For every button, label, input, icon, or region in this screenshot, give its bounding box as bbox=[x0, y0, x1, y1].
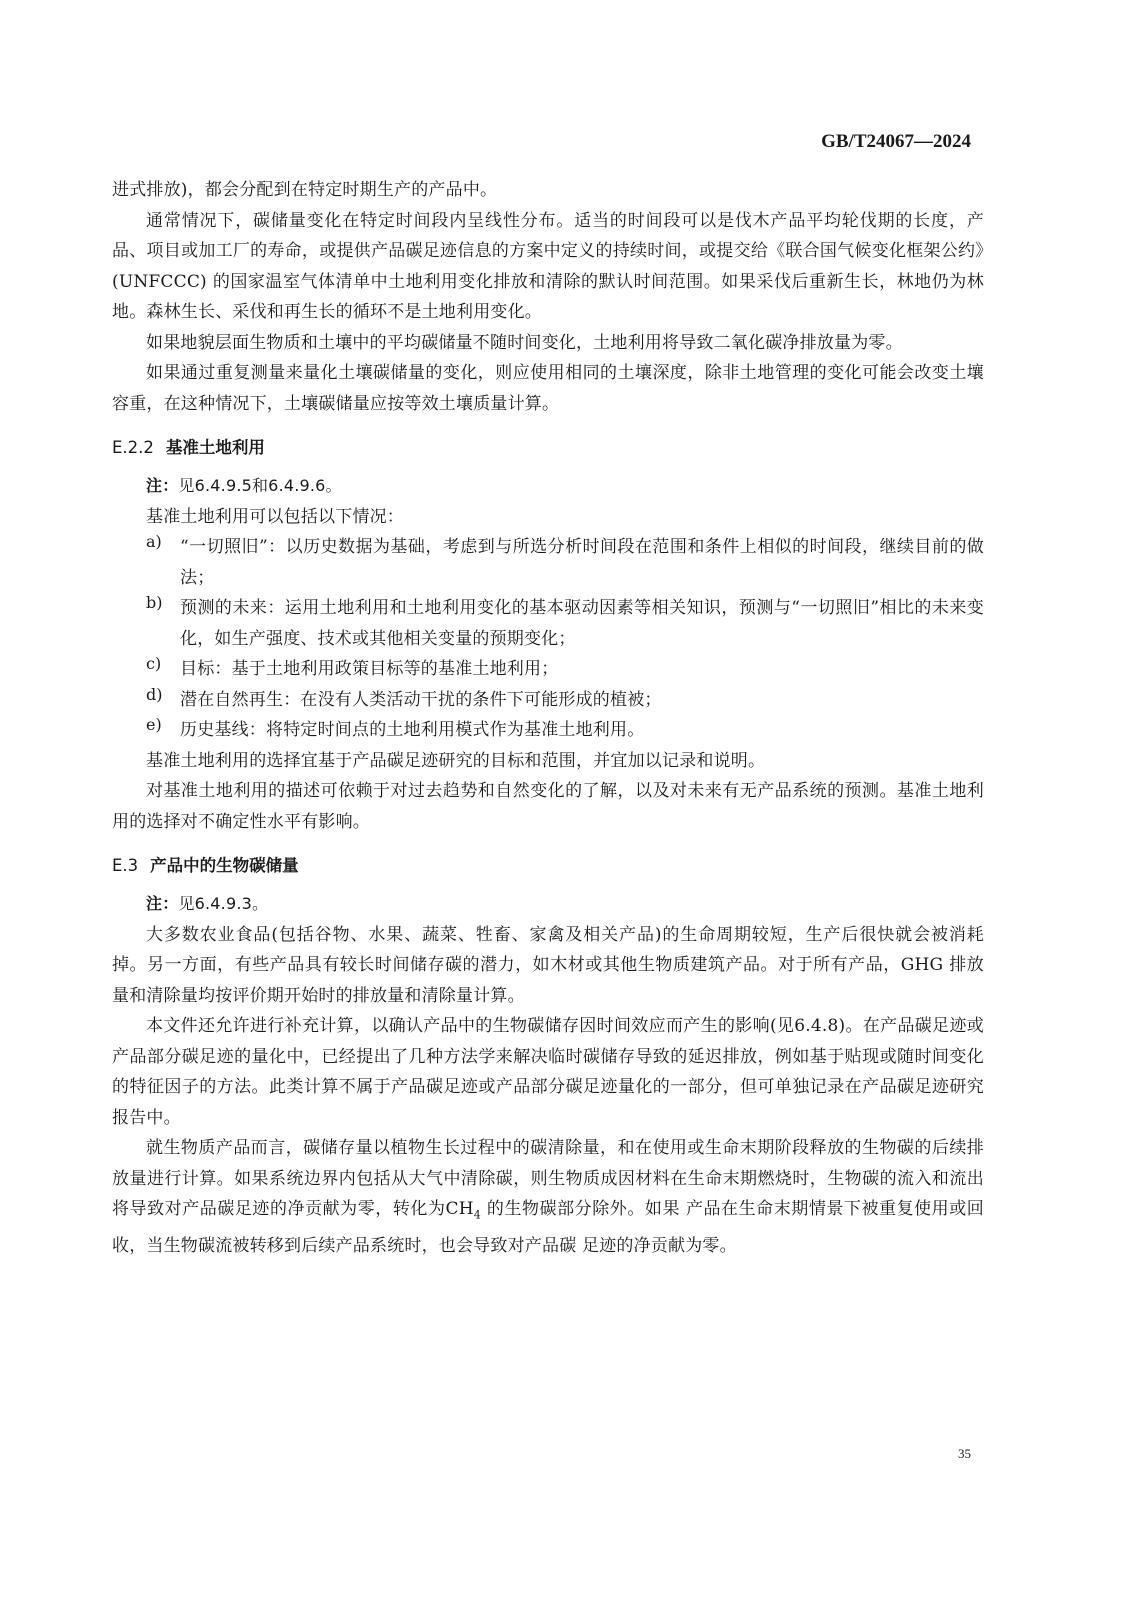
paragraph: 本文件还允许进行补充计算，以确认产品中的生物碳储存因时间效应而产生的影响(见6.… bbox=[112, 1011, 984, 1133]
list-marker: a) bbox=[146, 532, 180, 593]
list-text: “一切照旧”：以历史数据为基础，考虑到与所选分析时间段在范围和条件上相似的时间段… bbox=[180, 532, 984, 593]
paragraph: 大多数农业食品(包括谷物、水果、蔬菜、牲畜、家禽及相关产品)的生命周期较短，生产… bbox=[112, 920, 984, 1012]
list-item: b) 预测的未来：运用土地利用和土地利用变化的基本驱动因素等相关知识，预测与“一… bbox=[112, 593, 984, 654]
paragraph: 如果通过重复测量来量化土壤碳储量的变化，则应使用相同的土壤深度，除非土地管理的变… bbox=[112, 358, 984, 419]
list-marker: b) bbox=[146, 593, 180, 654]
note-label: 注： bbox=[146, 476, 178, 495]
list-text: 目标：基于土地利用政策目标等的基准土地利用； bbox=[180, 654, 984, 685]
section-heading-e22: E.2.2基准土地利用 bbox=[112, 433, 984, 463]
list-marker: c) bbox=[146, 654, 180, 685]
note-text: 见6.4.9.3。 bbox=[178, 894, 268, 913]
section-number: E.3 bbox=[112, 856, 138, 875]
paragraph: 通常情况下，碳储量变化在特定时间段内呈线性分布。适当的时间段可以是伐木产品平均轮… bbox=[112, 206, 984, 328]
list-item: c) 目标：基于土地利用政策目标等的基准土地利用； bbox=[112, 654, 984, 685]
paragraph: 如果地貌层面生物质和土壤中的平均碳储量不随时间变化，土地利用将导致二氧化碳净排放… bbox=[112, 328, 984, 359]
section-title: 产品中的生物碳储量 bbox=[150, 856, 299, 875]
note: 注：见6.4.9.3。 bbox=[112, 889, 984, 920]
note-label: 注： bbox=[146, 894, 178, 913]
paragraph: 基准土地利用的选择宜基于产品碳足迹研究的目标和范围，并宜加以记录和说明。 bbox=[112, 746, 984, 777]
list-text: 潜在自然再生：在没有人类活动干扰的条件下可能形成的植被； bbox=[180, 685, 984, 716]
note: 注：见6.4.9.5和6.4.9.6。 bbox=[112, 471, 984, 502]
list-text: 预测的未来：运用土地利用和土地利用变化的基本驱动因素等相关知识，预测与“一切照旧… bbox=[180, 593, 984, 654]
document-body: 进式排放)，都会分配到在特定时期生产的产品中。 通常情况下，碳储量变化在特定时间… bbox=[112, 175, 984, 1261]
paragraph: 对基准土地利用的描述可依赖于对过去趋势和自然变化的了解，以及对未来有无产品系统的… bbox=[112, 776, 984, 837]
section-title: 基准土地利用 bbox=[166, 438, 265, 457]
standard-code: GB/T24067—2024 bbox=[821, 131, 971, 153]
page-number: 35 bbox=[958, 1446, 971, 1462]
section-number: E.2.2 bbox=[112, 438, 154, 457]
list-item: a) “一切照旧”：以历史数据为基础，考虑到与所选分析时间段在范围和条件上相似的… bbox=[112, 532, 984, 593]
subscript: 4 bbox=[474, 1208, 481, 1221]
document-page: GB/T24067—2024 进式排放)，都会分配到在特定时期生产的产品中。 通… bbox=[0, 0, 1131, 1600]
list-item: e) 历史基线：将特定时间点的土地利用模式作为基准土地利用。 bbox=[112, 715, 984, 746]
list-item: d) 潜在自然再生：在没有人类活动干扰的条件下可能形成的植被； bbox=[112, 685, 984, 716]
paragraph: 就生物质产品而言，碳储存量以植物生长过程中的碳清除量，和在使用或生命末期阶段释放… bbox=[112, 1133, 984, 1261]
list-text: 历史基线：将特定时间点的土地利用模式作为基准土地利用。 bbox=[180, 715, 984, 746]
list-marker: e) bbox=[146, 715, 180, 746]
note-text: 见6.4.9.5和6.4.9.6。 bbox=[178, 476, 341, 495]
list-intro: 基准土地利用可以包括以下情况： bbox=[112, 502, 984, 533]
list-marker: d) bbox=[146, 685, 180, 716]
paragraph: 进式排放)，都会分配到在特定时期生产的产品中。 bbox=[112, 175, 984, 206]
section-heading-e3: E.3产品中的生物碳储量 bbox=[112, 851, 984, 881]
